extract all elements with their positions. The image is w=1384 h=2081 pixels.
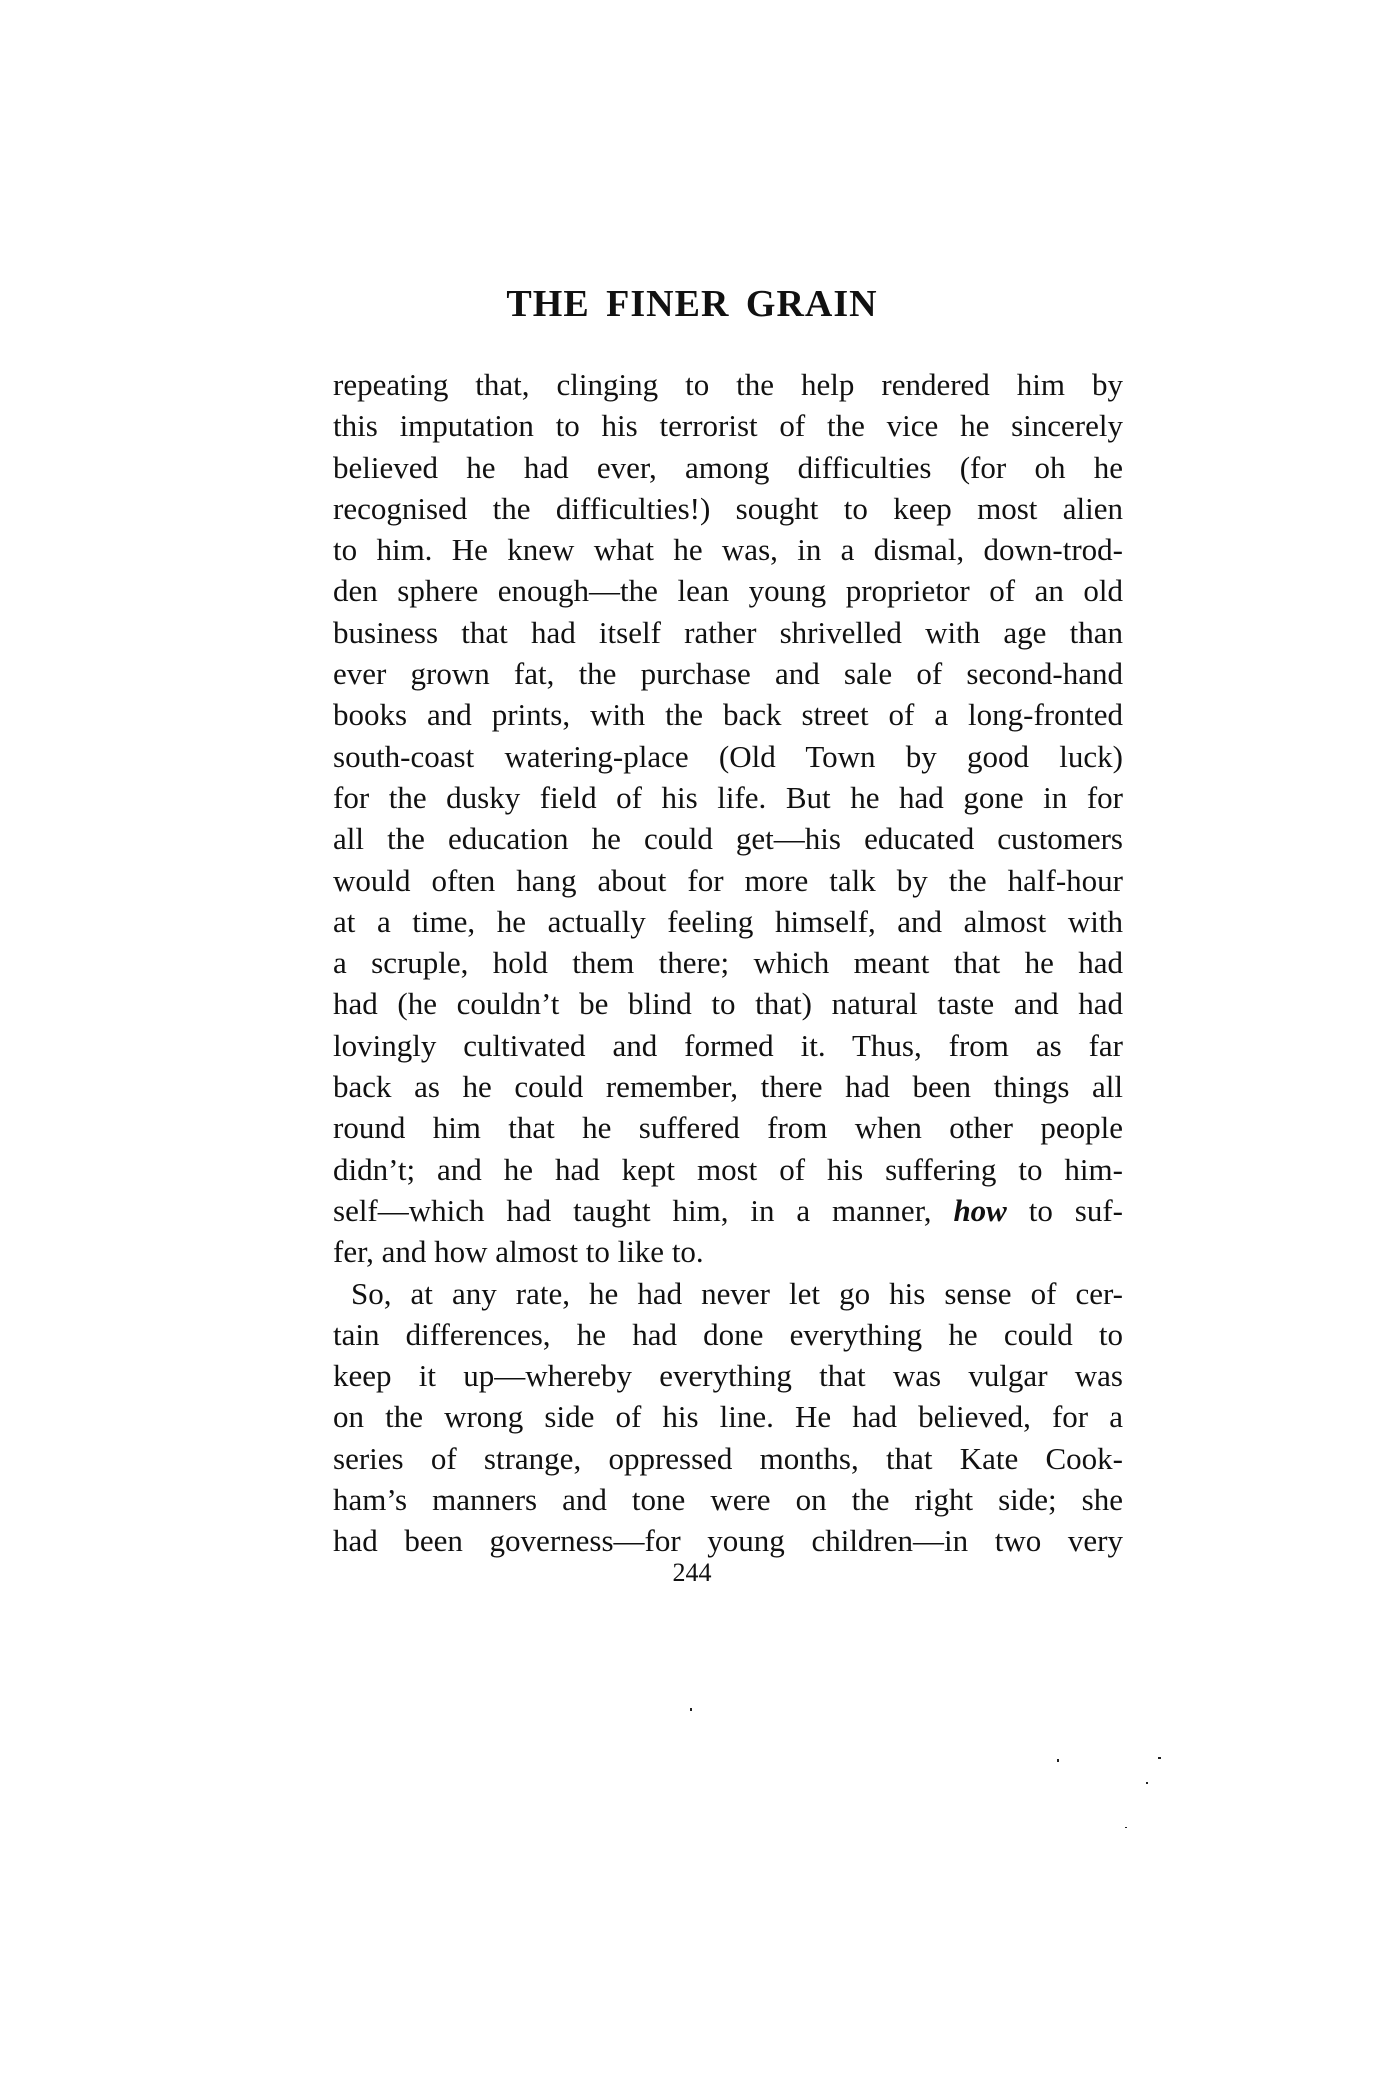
text-line: round him that he suffered from when oth… <box>333 1107 1123 1148</box>
text-run: self—which had taught him, in a manner, <box>333 1193 953 1228</box>
text-line: back as he could remember, there had bee… <box>333 1066 1123 1107</box>
text-line: for the dusky field of his life. But he … <box>333 777 1123 818</box>
text-line: didn’t; and he had kept most of his suff… <box>333 1149 1123 1190</box>
text-line: had (he couldn’t be blind to that) natur… <box>333 983 1123 1024</box>
text-line: this imputation to his terrorist of the … <box>333 405 1123 446</box>
text-line: So, at any rate, he had never let go his… <box>333 1273 1123 1314</box>
text-line: tain differences, he had done everything… <box>333 1314 1123 1355</box>
text-line: den sphere enough—the lean young proprie… <box>333 570 1123 611</box>
text-line: a scruple, hold them there; which meant … <box>333 942 1123 983</box>
running-head: THE FINER GRAIN <box>0 282 1384 326</box>
text-line: at a time, he actually feeling himself, … <box>333 901 1123 942</box>
scan-speck <box>1057 1759 1059 1762</box>
text-line: series of strange, oppressed months, tha… <box>333 1438 1123 1479</box>
text-line: fer, and how almost to like to. <box>333 1231 1123 1272</box>
text-line: would often hang about for more talk by … <box>333 860 1123 901</box>
text-line: ever grown fat, the purchase and sale of… <box>333 653 1123 694</box>
text-line: on the wrong side of his line. He had be… <box>333 1396 1123 1437</box>
text-line: repeating that, clinging to the help ren… <box>333 364 1123 405</box>
text-line: business that had itself rather shrivell… <box>333 612 1123 653</box>
scan-speck <box>1125 1827 1127 1828</box>
text-line: to him. He knew what he was, in a dismal… <box>333 529 1123 570</box>
text-line: south-coast watering-place (Old Town by … <box>333 736 1123 777</box>
text-line: recognised the difficulties!) sought to … <box>333 488 1123 529</box>
text-line-emphasis: self—which had taught him, in a manner, … <box>333 1190 1123 1231</box>
body-text: repeating that, clinging to the help ren… <box>333 364 1123 1562</box>
text-line: ham’s manners and tone were on the right… <box>333 1479 1123 1520</box>
paragraph-2: So, at any rate, he had never let go his… <box>333 1273 1123 1562</box>
scan-speck <box>1146 1782 1148 1784</box>
text-line: keep it up—whereby everything that was v… <box>333 1355 1123 1396</box>
book-page: THE FINER GRAIN repeating that, clinging… <box>0 0 1384 2081</box>
text-line: had been governess—for young children—in… <box>333 1520 1123 1561</box>
text-line: books and prints, with the back street o… <box>333 694 1123 735</box>
text-line: all the education he could get—his educa… <box>333 818 1123 859</box>
page-number: 244 <box>0 1558 1384 1588</box>
text-line: believed he had ever, among difficulties… <box>333 447 1123 488</box>
text-line: lovingly cultivated and formed it. Thus,… <box>333 1025 1123 1066</box>
paragraph-1: repeating that, clinging to the help ren… <box>333 364 1123 1273</box>
text-run: to suf- <box>1007 1193 1123 1228</box>
scan-speck <box>690 1708 692 1711</box>
emphasized-word: how <box>953 1193 1006 1228</box>
scan-speck <box>1158 1757 1161 1759</box>
